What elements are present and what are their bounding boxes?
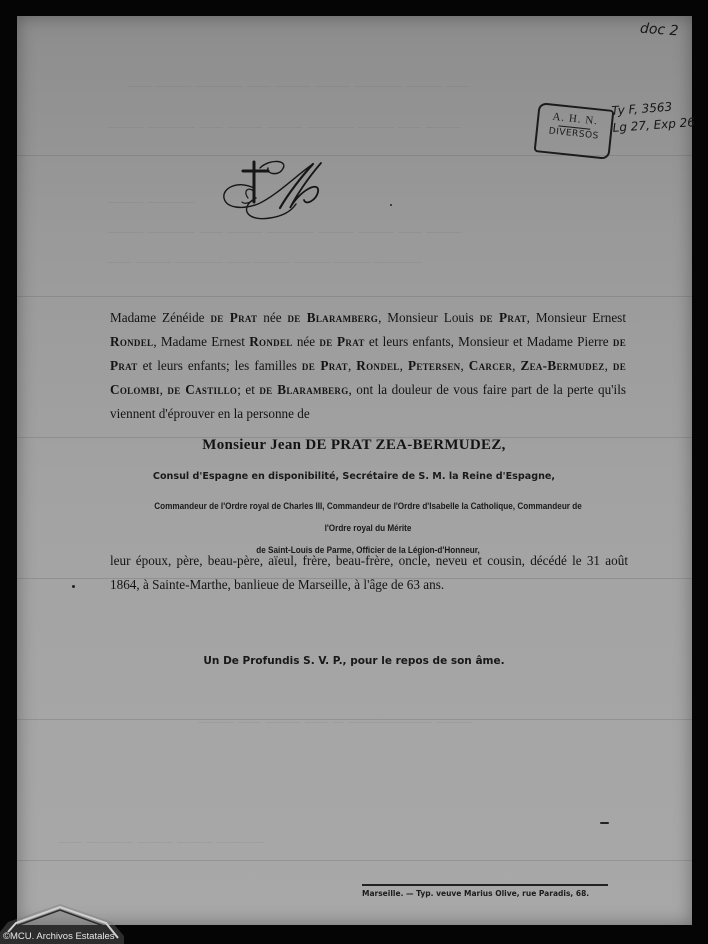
bleed-through-text: —— ——— ———— ——— ——— —— ———— ——— —— (127, 80, 469, 92)
family-name: Rondel (249, 334, 292, 349)
bleed-through-text: ———— ——— (107, 196, 195, 208)
announcement-text: , Monsieur Louis (378, 310, 480, 325)
bleed-through-text: ———— ——— ——— ———— —— (57, 836, 264, 848)
announcement-paragraph: Madame Zénéide de Prat née de Blaramberg… (110, 306, 626, 426)
doc-number-annotation: doc 2 (639, 21, 679, 40)
announcement-text: , Monsieur Ernest (527, 310, 626, 325)
family-name: de Prat (302, 358, 348, 373)
announcement-text: Madame Zénéide (110, 310, 210, 325)
family-name: de Prat (319, 334, 364, 349)
family-name: de Blaramberg (259, 382, 348, 397)
cross-and-letter-m-monogram-icon (220, 150, 350, 230)
announcement-text: , (460, 358, 468, 373)
deceased-title: Consul d'Espagne en disponibilité, Secré… (0, 471, 708, 482)
announcement-text: née (293, 334, 320, 349)
bleed-through-text: ———— ——— ——— ——— —— ———— ——— —— (107, 256, 421, 268)
family-name: de Prat (210, 310, 257, 325)
deceased-name: Monsieur Jean DE PRAT ZEA-BERMUDEZ, (0, 437, 708, 454)
relationship-and-death-details: leur époux, père, beau-père, aïeul, frèr… (110, 549, 628, 597)
announcement-text: , Madame Ernest (153, 334, 249, 349)
bleed-through-text: ——— —— ——— ———— ——— ——— —— ———— ——— (107, 121, 461, 133)
family-name: de Prat (480, 310, 527, 325)
printer-imprint: Marseille. — Typ. veuve Marius Olive, ru… (362, 889, 589, 898)
announcement-text: , (605, 358, 613, 373)
bleed-through-text: ——— ——————— — —— ——— —— ——— (197, 716, 472, 728)
announcement-text: et leurs enfants, Monsieur et Madame Pie… (365, 334, 613, 349)
announcement-text: , (400, 358, 408, 373)
prayer-request: Un De Profundis S. V. P., pour le repos … (0, 655, 708, 667)
family-name: de Castillo (167, 382, 237, 397)
imprint-divider (362, 884, 608, 886)
reference-annotation: Ty F, 3563 Lg 27, Exp 26 (611, 97, 696, 137)
paper-speck (72, 585, 75, 588)
announcement-text: et leurs enfants; les familles (138, 358, 302, 373)
family-name: Rondel (356, 358, 399, 373)
family-name: Petersen (408, 358, 460, 373)
family-name: Zea-Bermudez (520, 358, 604, 373)
paper-speck (390, 204, 392, 206)
honors-line-1: Commandeur de l'Ordre royal de Charles I… (146, 496, 590, 540)
archive-watermark: ©MCU. Archivos Estatales (0, 896, 124, 944)
watermark-label: ©MCU. Archivos Estatales (3, 931, 115, 942)
family-name: de Blaramberg (287, 310, 378, 325)
paper-speck (600, 822, 609, 824)
announcement-text: née (257, 310, 287, 325)
archive-stamp: A. H. N. DIVERSOS (534, 102, 615, 160)
family-name: Rondel (110, 334, 153, 349)
family-name: Carcer (469, 358, 512, 373)
announcement-text: ; et (237, 382, 259, 397)
